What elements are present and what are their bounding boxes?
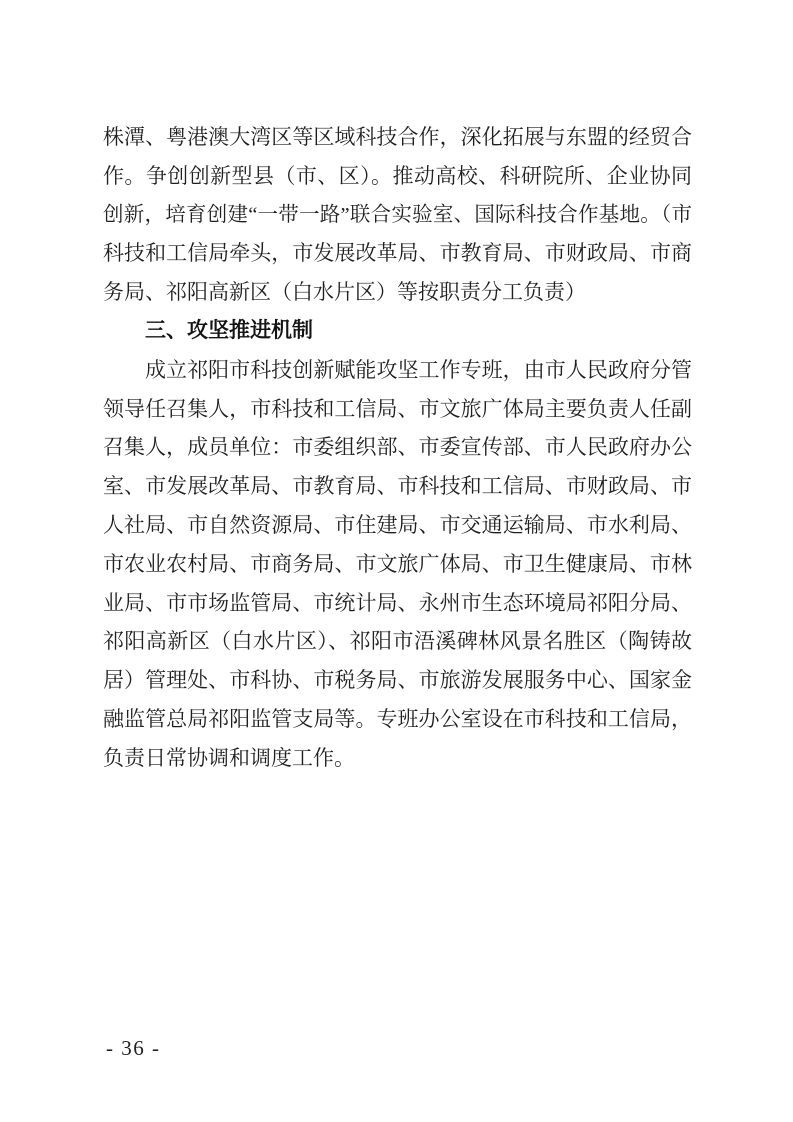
paragraph: 成立祁阳市科技创新赋能攻坚工作专班，由市人民政府分管领导任召集人，市科技和工信局…	[103, 351, 692, 778]
text-line: 负责日常协调和调度工作。	[103, 739, 692, 778]
section-heading: 三、攻坚推进机制	[103, 312, 692, 351]
paragraph-continuation: 株潭、粤港澳大湾区等区域科技合作，深化拓展与东盟的经贸合作。争创创新型县（市、区…	[103, 118, 692, 312]
text-line: 市农业农村局、市商务局、市文旅广体局、市卫生健康局、市林	[103, 545, 692, 584]
text-line: 株潭、粤港澳大湾区等区域科技合作，深化拓展与东盟的经贸合	[103, 118, 692, 157]
text-line: 科技和工信局牵头，市发展改革局、市教育局、市财政局、市商	[103, 234, 692, 273]
text-line: 业局、市市场监管局、市统计局、永州市生态环境局祁阳分局、	[103, 584, 692, 623]
text-line: 召集人，成员单位：市委组织部、市委宣传部、市人民政府办公	[103, 428, 692, 467]
text-line: 三、攻坚推进机制	[103, 312, 692, 351]
text-line: 领导任召集人，市科技和工信局、市文旅广体局主要负责人任副	[103, 390, 692, 429]
text-line: 室、市发展改革局、市教育局、市科技和工信局、市财政局、市	[103, 467, 692, 506]
text-line: 成立祁阳市科技创新赋能攻坚工作专班，由市人民政府分管	[103, 351, 692, 390]
text-line: 人社局、市自然资源局、市住建局、市交通运输局、市水利局、	[103, 506, 692, 545]
document-page: 株潭、粤港澳大湾区等区域科技合作，深化拓展与东盟的经贸合作。争创创新型县（市、区…	[0, 0, 793, 1122]
text-line: 创新，培育创建“一带一路”联合实验室、国际科技合作基地。（市	[103, 196, 692, 235]
text-line: 祁阳高新区（白水片区）、祁阳市浯溪碑林风景名胜区（陶铸故	[103, 622, 692, 661]
text-line: 作。争创创新型县（市、区）。推动高校、科研院所、企业协同	[103, 157, 692, 196]
document-text: 株潭、粤港澳大湾区等区域科技合作，深化拓展与东盟的经贸合作。争创创新型县（市、区…	[103, 118, 692, 778]
page-number: - 36 -	[106, 1036, 161, 1061]
text-line: 融监管总局祁阳监管支局等。专班办公室设在市科技和工信局，	[103, 700, 692, 739]
text-line: 居）管理处、市科协、市税务局、市旅游发展服务中心、国家金	[103, 661, 692, 700]
text-line: 务局、祁阳高新区（白水片区）等按职责分工负责）	[103, 273, 692, 312]
